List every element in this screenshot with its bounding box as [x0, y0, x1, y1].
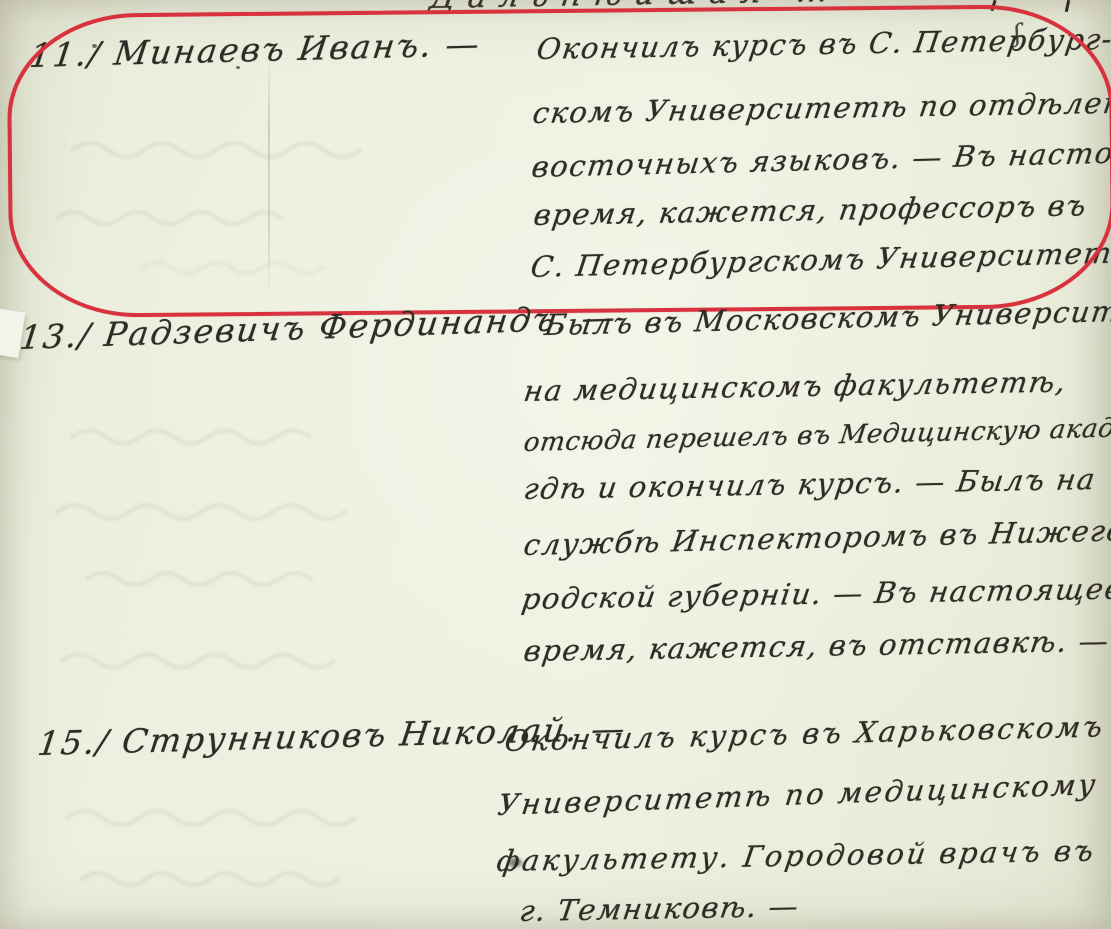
bleed-through-ghost: [80, 862, 340, 894]
bleed-through-ghost: [55, 492, 355, 526]
scanned-manuscript-page: Дальнѣйшая … ʃ 11./ Минаевъ Иванъ. — Око…: [0, 0, 1111, 929]
bleed-through-ghost: [65, 798, 365, 832]
entry-line: время, кажется, въ отставкѣ. —: [522, 624, 1111, 668]
entry-number: 15./: [35, 722, 112, 763]
red-oval-annotation: [7, 4, 1111, 319]
entry-line: Университетѣ по медицинскому: [496, 767, 1100, 822]
bleed-through-ghost: [60, 642, 340, 676]
entry-line: г. Темниковѣ. —: [518, 889, 802, 928]
entry-line: факультету. Городовой врачъ въ: [495, 834, 1098, 878]
bleed-through-ghost: [85, 562, 325, 594]
entry-line: гдѣ и окончилъ курсъ. — Былъ на: [522, 462, 1099, 506]
entry-number: 13./: [18, 316, 95, 357]
cut-stroke-fragment: [1065, 0, 1070, 12]
entry-line: отсюда перешелъ въ Медицинскую академію,: [522, 412, 1111, 458]
entry-line: службѣ Инспекторомъ въ Нижего-: [522, 513, 1111, 562]
entry-line: родской губерніи. — Въ настоящее: [520, 572, 1111, 616]
entry-line: на медицинскомъ факультетѣ,: [522, 365, 1070, 408]
bleed-through-ghost: [70, 418, 330, 452]
